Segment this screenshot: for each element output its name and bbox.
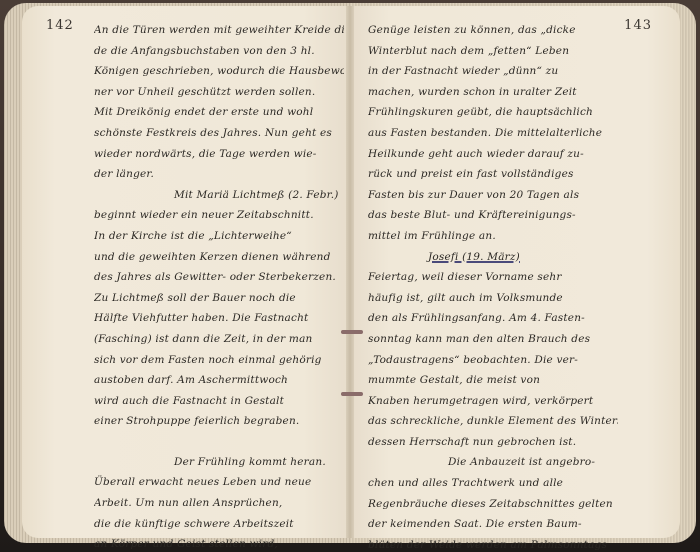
text-line: häufig ist, gilt auch im Volksmunde: [368, 288, 618, 309]
page-number-left: 142: [46, 18, 74, 33]
text-line: In der Kirche ist die „Lichterweihe“: [94, 226, 344, 247]
text-line: Hälfte Viehfutter haben. Die Fastnacht: [94, 308, 344, 329]
text-line: der länger.: [94, 164, 344, 185]
text-line: das beste Blut- und Kräftereinigungs-: [368, 205, 618, 226]
text-line: mittel im Frühlinge an.: [368, 226, 618, 247]
text-line: wird auch die Fastnacht in Gestalt: [94, 391, 344, 412]
binding-stitch: [341, 330, 363, 334]
text-line: die die künftige schwere Arbeitszeit: [94, 514, 344, 535]
right-page-text: Genüge leisten zu können, das „dicke Win…: [368, 20, 618, 552]
text-line: An die Türen werden mit geweihter Kreide…: [94, 20, 344, 41]
text-line: ner vor Unheil geschützt werden sollen.: [94, 82, 344, 103]
text-line: „Todaustragens“ beobachten. Die ver-: [368, 350, 618, 371]
section-heading-josefi: Josefi (19. März): [368, 247, 618, 268]
text-line: des Jahres als Gewitter- oder Sterbekerz…: [94, 267, 344, 288]
text-line: aus Fasten bestanden. Die mittelalterlic…: [368, 123, 618, 144]
section-heading-anbauzeit: Die Anbauzeit ist angebro-: [368, 452, 618, 473]
text-line: Zu Lichtmeß soll der Bauer noch die: [94, 288, 344, 309]
page-number-right: 143: [624, 18, 652, 33]
text-line: sich vor dem Fasten noch einmal gehörig: [94, 350, 344, 371]
text-line: schönste Festkreis des Jahres. Nun geht …: [94, 123, 344, 144]
text-line: (Fasching) ist dann die Zeit, in der man: [94, 329, 344, 350]
text-line: Genüge leisten zu können, das „dicke: [368, 20, 618, 41]
text-line: wieder nordwärts, die Tage werden wie-: [94, 144, 344, 165]
underlined-heading: Josefi (19. März): [428, 251, 520, 263]
text-line: Königen geschrieben, wodurch die Hausbew…: [94, 61, 344, 82]
text-line: rück und preist ein fast vollständiges: [368, 164, 618, 185]
text-line: Winterblut nach dem „fetten“ Leben: [368, 41, 618, 62]
text-line: Arbeit. Um nun allen Ansprüchen,: [94, 493, 344, 514]
left-page-text: An die Türen werden mit geweihter Kreide…: [94, 20, 344, 552]
text-line: einer Strohpuppe feierlich begraben.: [94, 411, 344, 432]
section-heading-fruehling: Der Frühling kommt heran.: [94, 452, 344, 473]
text-line: in der Fastnacht wieder „dünn“ zu: [368, 61, 618, 82]
text-line: Feiertag, weil dieser Vorname sehr: [368, 267, 618, 288]
text-line: der keimenden Saat. Die ersten Baum-: [368, 514, 618, 535]
text-line: austoben darf. Am Aschermittwoch: [94, 370, 344, 391]
text-line: Regenbräuche dieses Zeitabschnittes gelt…: [368, 494, 618, 515]
text-line: Heilkunde geht auch wieder darauf zu-: [368, 144, 618, 165]
text-line: Frühlingskuren geübt, die hauptsächlich: [368, 102, 618, 123]
text-line: mummte Gestalt, die meist von: [368, 370, 618, 391]
text-line: den als Frühlingsanfang. Am 4. Fasten-: [368, 308, 618, 329]
text-line: und die geweihten Kerzen dienen während: [94, 247, 344, 268]
section-heading-lichtmess: Mit Mariä Lichtmeß (2. Febr.): [94, 185, 344, 206]
right-page: 143 Genüge leisten zu können, das „dicke…: [350, 6, 680, 538]
text-line: machen, wurden schon in uralter Zeit: [368, 82, 618, 103]
text-line: Mit Dreikönig endet der erste und wohl: [94, 102, 344, 123]
text-line: das schreckliche, dunkle Element des Win…: [368, 411, 618, 432]
text-line: sonntag kann man den alten Brauch des: [368, 329, 618, 350]
text-line: blüten der Weide werden am Palmsonntags: [368, 535, 618, 552]
text-line: dessen Herrschaft nun gebrochen ist.: [368, 432, 618, 453]
text-line: Fasten bis zur Dauer von 20 Tagen als: [368, 185, 618, 206]
text-line: chen und alles Trachtwerk und alle: [368, 473, 618, 494]
text-line: Knaben herumgetragen wird, verkörpert: [368, 391, 618, 412]
book-gutter: [346, 6, 354, 538]
text-line: an Körper und Geist stellen wird,: [94, 534, 344, 552]
text-line: Überall erwacht neues Leben und neue: [94, 472, 344, 493]
binding-stitch: [341, 392, 363, 396]
left-page: 142 An die Türen werden mit geweihter Kr…: [22, 6, 352, 538]
text-line: beginnt wieder ein neuer Zeitabschnitt.: [94, 205, 344, 226]
text-line: de die Anfangsbuchstaben von den 3 hl.: [94, 41, 344, 62]
